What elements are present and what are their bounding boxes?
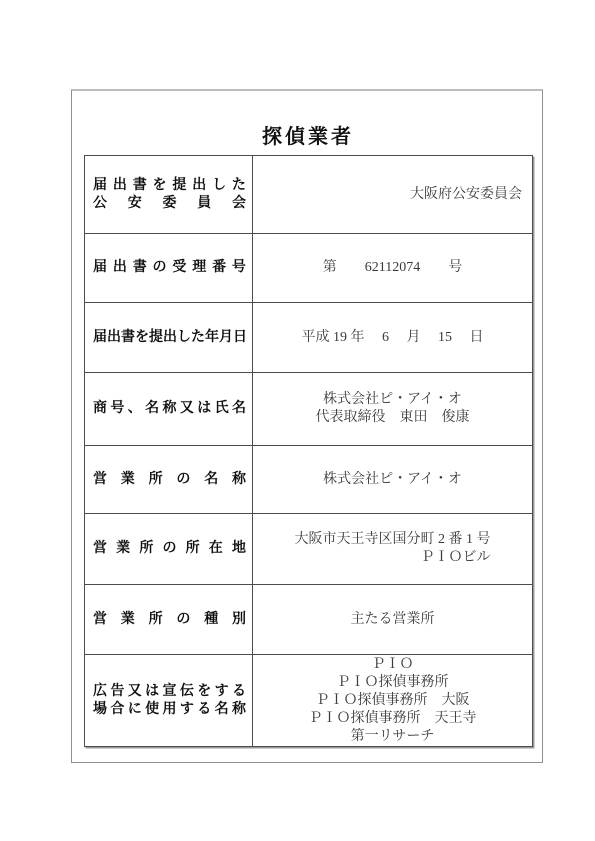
row-label-submitting-commission: 届出書を提出した公安委員会 bbox=[85, 156, 253, 234]
table-body: 届出書を提出した公安委員会大阪府公安委員会届出書の受理番号第 62112074 … bbox=[85, 156, 533, 747]
table-row-office-type: 営業所の種別主たる営業所 bbox=[85, 585, 533, 655]
value-line: 株式会社ピ・アイ・オ bbox=[263, 391, 522, 409]
table-row-trade-name: 商号、名称又は氏名株式会社ピ・アイ・オ代表取締役 東田 俊康 bbox=[85, 373, 533, 446]
table-row-submission-date: 届出書を提出した年月日平成 19 年 6 月 15 日 bbox=[85, 303, 533, 373]
label-line: 場合に使用する名称 bbox=[93, 701, 246, 719]
value-line: 株式会社ピ・アイ・オ bbox=[263, 471, 522, 489]
table-row-office-address: 営業所の所在地大阪市天王寺区国分町 2 番 1 号ＰＩＯビル bbox=[85, 514, 533, 585]
row-value-trade-name: 株式会社ピ・アイ・オ代表取締役 東田 俊康 bbox=[253, 373, 533, 446]
row-label-office-address: 営業所の所在地 bbox=[85, 514, 253, 585]
row-value-office-name: 株式会社ピ・アイ・オ bbox=[253, 446, 533, 514]
row-value-office-type: 主たる営業所 bbox=[253, 585, 533, 655]
value-block: 大阪市天王寺区国分町 2 番 1 号ＰＩＯビル bbox=[295, 531, 491, 567]
document-page: 探偵業者 届出書を提出した公安委員会大阪府公安委員会届出書の受理番号第 6211… bbox=[0, 0, 595, 841]
value-line: 主たる営業所 bbox=[263, 611, 522, 629]
label-line: 公安委員会 bbox=[93, 195, 246, 213]
label-line: 届出書を提出した bbox=[93, 177, 246, 195]
table-row-office-name: 営業所の名称株式会社ピ・アイ・オ bbox=[85, 446, 533, 514]
value-line: ＰＩＯ探偵事務所 bbox=[263, 674, 522, 692]
row-label-office-type: 営業所の種別 bbox=[85, 585, 253, 655]
row-label-advertising-names: 広告又は宣伝をする場合に使用する名称 bbox=[85, 655, 253, 747]
value-line: ＰＩＯ bbox=[263, 656, 522, 674]
label-line: 広告又は宣伝をする bbox=[93, 683, 246, 701]
row-label-submission-date: 届出書を提出した年月日 bbox=[85, 303, 253, 373]
label-line: 営業所の所在地 bbox=[93, 540, 246, 558]
label-line: 営業所の名称 bbox=[93, 471, 246, 489]
value-line: 平成 19 年 6 月 15 日 bbox=[263, 329, 522, 347]
registration-table: 届出書を提出した公安委員会大阪府公安委員会届出書の受理番号第 62112074 … bbox=[84, 155, 533, 747]
row-label-trade-name: 商号、名称又は氏名 bbox=[85, 373, 253, 446]
table-row-advertising-names: 広告又は宣伝をする場合に使用する名称ＰＩＯＰＩＯ探偵事務所ＰＩＯ探偵事務所 大阪… bbox=[85, 655, 533, 747]
row-label-receipt-number: 届出書の受理番号 bbox=[85, 234, 253, 303]
label-line: 商号、名称又は氏名 bbox=[93, 400, 246, 418]
value-line: 大阪府公安委員会 bbox=[263, 186, 522, 204]
table-row-receipt-number: 届出書の受理番号第 62112074 号 bbox=[85, 234, 533, 303]
value-line: ＰＩＯ探偵事務所 大阪 bbox=[263, 692, 522, 710]
label-line: 届出書の受理番号 bbox=[93, 259, 246, 277]
value-line: ＰＩＯ探偵事務所 天王寺 bbox=[263, 710, 522, 728]
label-line: 届出書を提出した年月日 bbox=[93, 329, 246, 347]
row-value-submitting-commission: 大阪府公安委員会 bbox=[253, 156, 533, 234]
value-line: 大阪市天王寺区国分町 2 番 1 号 bbox=[295, 531, 491, 549]
row-value-advertising-names: ＰＩＯＰＩＯ探偵事務所ＰＩＯ探偵事務所 大阪ＰＩＯ探偵事務所 天王寺第一リサーチ bbox=[253, 655, 533, 747]
row-value-receipt-number: 第 62112074 号 bbox=[253, 234, 533, 303]
table-row-submitting-commission: 届出書を提出した公安委員会大阪府公安委員会 bbox=[85, 156, 533, 234]
label-line: 営業所の種別 bbox=[93, 611, 246, 629]
row-label-office-name: 営業所の名称 bbox=[85, 446, 253, 514]
value-line: ＰＩＯビル bbox=[295, 549, 491, 567]
value-line: 代表取締役 東田 俊康 bbox=[263, 409, 522, 427]
value-line: 第一リサーチ bbox=[263, 728, 522, 746]
value-line: 第 62112074 号 bbox=[263, 259, 522, 277]
row-value-office-address: 大阪市天王寺区国分町 2 番 1 号ＰＩＯビル bbox=[253, 514, 533, 585]
row-value-submission-date: 平成 19 年 6 月 15 日 bbox=[253, 303, 533, 373]
page-title: 探偵業者 bbox=[84, 126, 532, 148]
